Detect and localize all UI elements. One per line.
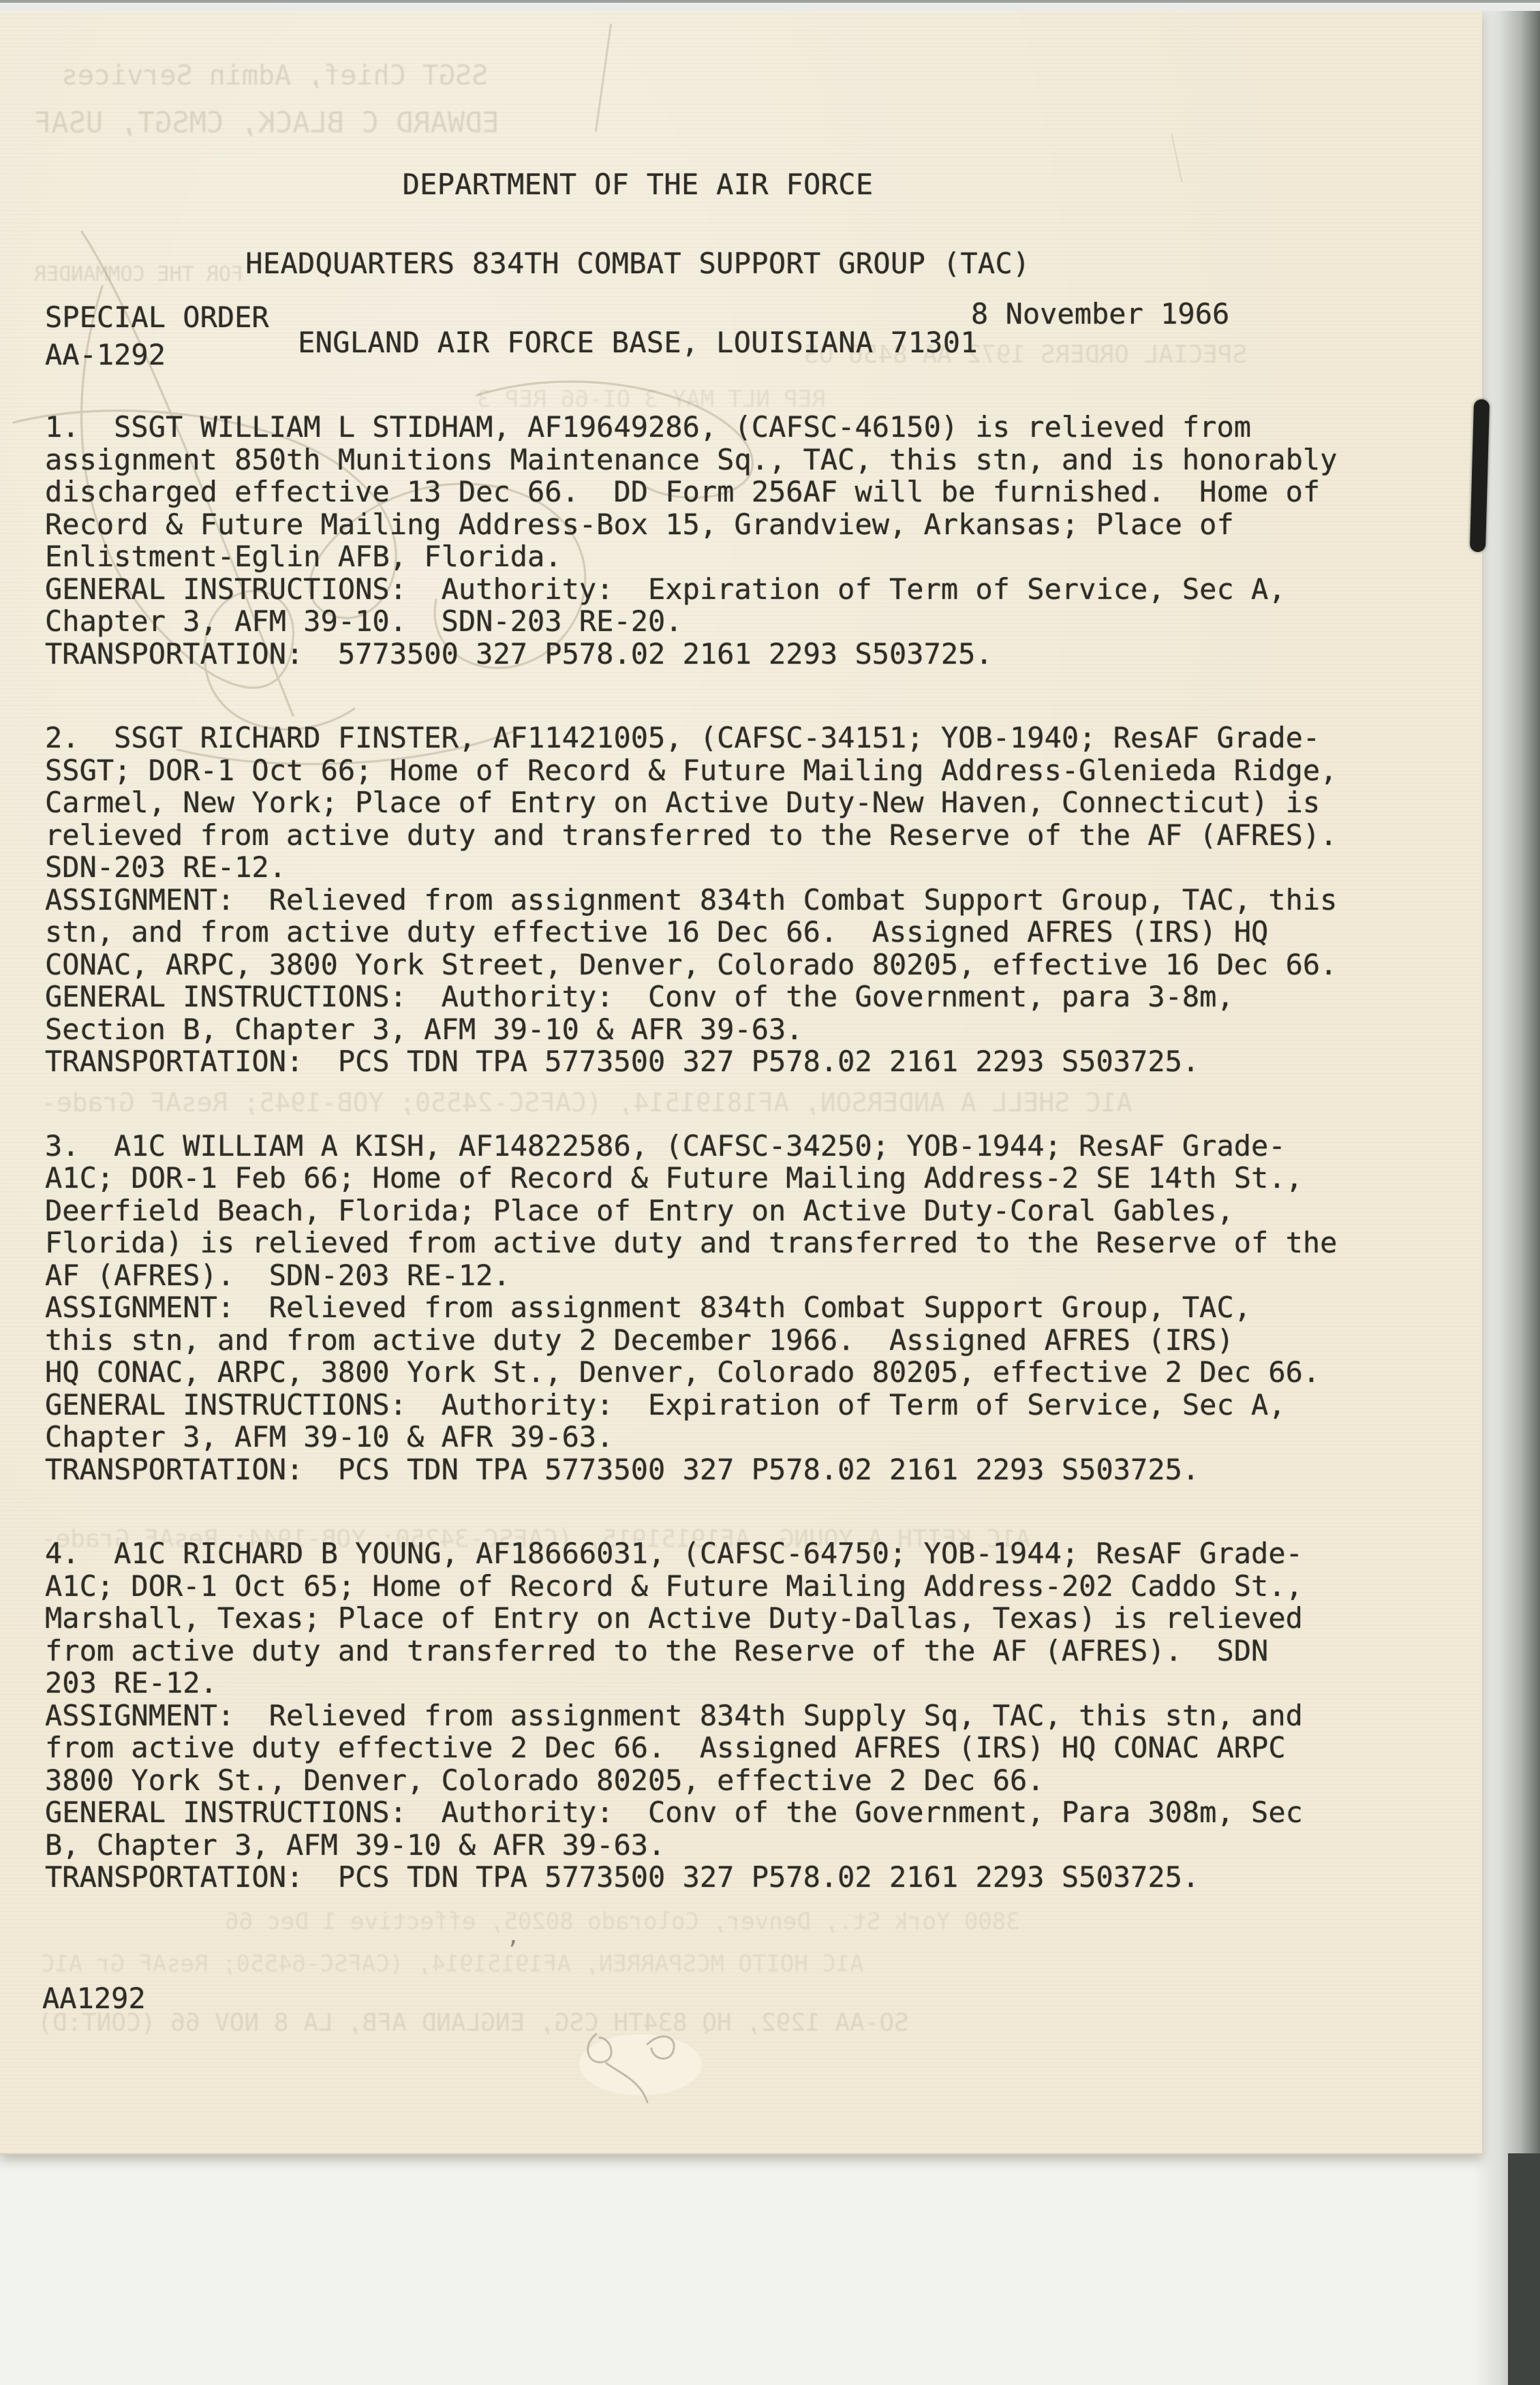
bleedthrough-line: SO-AA 1292, HQ 834TH CSG, ENGLAND AFB, L… (37, 2009, 909, 2037)
order-date: 8 November 1966 (971, 300, 1229, 328)
bleedthrough-line: EDWARD C BLACK, CMSGT, USAF (34, 106, 499, 139)
footer-order-ref: AA1292 (42, 1984, 146, 2013)
paragraph-2: 2. SSGT RICHARD FINSTER, AF11421005, (CA… (45, 722, 1401, 1078)
smudge-mark (566, 2017, 722, 2112)
paragraph-4: 4. A1C RICHARD B YOUNG, AF18666031, (CAF… (45, 1537, 1401, 1894)
letterhead-line-3: ENGLAND AIR FORCE BASE, LOUISIANA 71301 (298, 326, 978, 359)
letterhead-line-2: HEADQUARTERS 834TH COMBAT SUPPORT GROUP … (245, 247, 1030, 280)
scanned-document-page: { "document": { "header": { "line1": "DE… (0, 0, 1540, 2385)
bleedthrough-line: REP NLT MAY 3 OI-66 REP 3 (477, 386, 826, 413)
scanner-top-edge (0, 0, 1540, 11)
bleedthrough-line: A1C HOITO MCSPARREN, AF19151914, (CAFSC-… (41, 1950, 864, 1978)
letterhead-line-1: DEPARTMENT OF THE AIR FORCE (403, 168, 874, 201)
order-body: 1. SSGT WILLIAM L STIDHAM, AF19649286, (… (45, 411, 1401, 1945)
order-label: SPECIAL ORDER (45, 303, 269, 332)
bleedthrough-line: SSGT Chief, Admin Services (61, 60, 488, 91)
stray-ink-mark: ’ (506, 1937, 519, 1964)
paragraph-3: 3. A1C WILLIAM A KISH, AF14822586, (CAFS… (45, 1130, 1401, 1486)
scanner-edge-gradient (1475, 0, 1540, 2385)
order-number: AA-1292 (45, 341, 166, 369)
scanner-edge-dark-strip (1508, 2153, 1540, 2385)
paragraph-1: 1. SSGT WILLIAM L STIDHAM, AF19649286, (… (45, 411, 1401, 670)
